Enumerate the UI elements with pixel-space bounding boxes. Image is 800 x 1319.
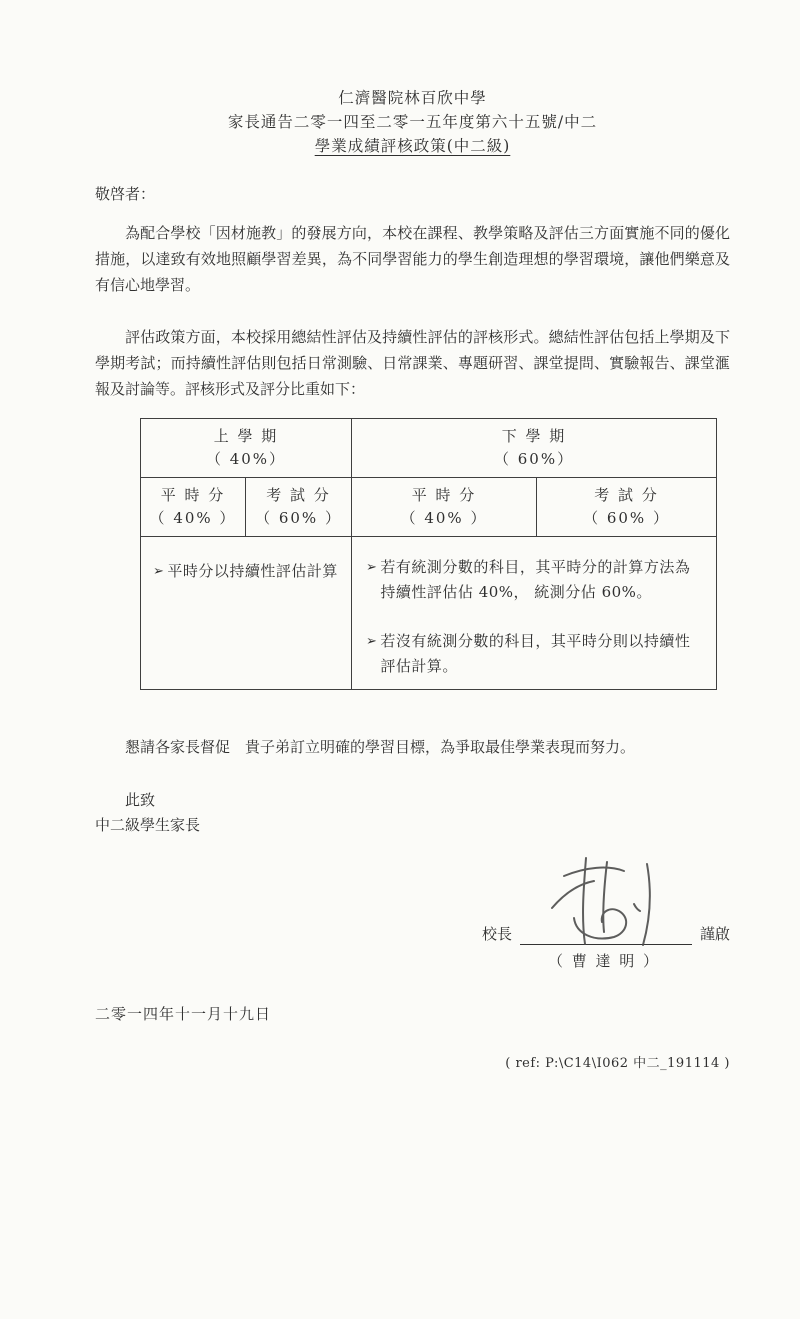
note-item: ➢ 若有統測分數的科目，其平時分的計算方法為持續性評估佔 40%， 統測分佔 6… [366, 555, 704, 605]
cell-term-first: 上 學 期 （ 40%） [141, 419, 352, 478]
cell-note-first-term: ➢ 平時分以持續性評估計算 [141, 537, 352, 690]
arrow-bullet-icon: ➢ [366, 555, 377, 605]
signature-row: 校長 謹啟 [482, 922, 730, 945]
table-row-components: 平 時 分 （ 40% ） 考 試 分 （ 60% ） 平 時 分 （ 40% … [141, 478, 717, 537]
principal-name: （ 曹 達 明 ） [518, 950, 690, 971]
cell-first-daily: 平 時 分 （ 40% ） [141, 478, 246, 537]
first-exam-label: 考 試 分 [246, 484, 351, 507]
arrow-bullet-icon: ➢ [153, 559, 164, 584]
term-second-weight: （ 60%） [352, 448, 716, 471]
table-row-notes: ➢ 平時分以持續性評估計算 ➢ 若有統測分數的科目，其平時分的計算方法為持續性評… [141, 537, 717, 690]
paragraph-intro: 為配合學校「因材施教」的發展方向，本校在課程、教學策略及評估三方面實施不同的優化… [95, 220, 730, 298]
notice-date: 二零一四年十一月十九日 [95, 1002, 730, 1026]
second-daily-label: 平 時 分 [352, 484, 536, 507]
cell-second-exam: 考 試 分 （ 60% ） [537, 478, 717, 537]
notice-page: 仁濟醫院林百欣中學 家長通告二零一四至二零一五年度第六十五號/中二 學業成績評核… [0, 0, 800, 1319]
table-row-terms: 上 學 期 （ 40%） 下 學 期 （ 60%） [141, 419, 717, 478]
recipients: 中二級學生家長 [95, 813, 730, 838]
notice-number: 家長通告二零一四至二零一五年度第六十五號/中二 [95, 110, 730, 134]
closing-paragraph: 懇請各家長督促 貴子弟訂立明確的學習目標，為爭取最佳學業表現而努力。 [95, 734, 730, 760]
cell-term-second: 下 學 期 （ 60%） [352, 419, 717, 478]
first-exam-weight: （ 60% ） [246, 507, 351, 530]
school-name: 仁濟醫院林百欣中學 [95, 86, 730, 110]
note-first-text: 平時分以持續性評估計算 [167, 559, 338, 584]
address-to: 此致 [95, 788, 730, 813]
note-item: ➢ 若沒有統測分數的科目，其平時分則以持續性評估計算。 [366, 629, 704, 679]
cell-first-exam: 考 試 分 （ 60% ） [246, 478, 352, 537]
note-second-text-2: 若沒有統測分數的科目，其平時分則以持續性評估計算。 [380, 629, 704, 679]
salutation: 敬啓者： [95, 182, 730, 206]
notice-header: 仁濟醫院林百欣中學 家長通告二零一四至二零一五年度第六十五號/中二 學業成績評核… [95, 86, 730, 158]
signature-line [520, 922, 692, 945]
note-item: ➢ 平時分以持續性評估計算 [153, 559, 343, 584]
note-second-text-1: 若有統測分數的科目，其平時分的計算方法為持續性評估佔 40%， 統測分佔 60%… [380, 555, 704, 605]
signature-block: 校長 謹啟 （ 曹 達 明 ） [95, 866, 730, 986]
second-daily-weight: （ 40% ） [352, 507, 536, 530]
cell-note-second-term: ➢ 若有統測分數的科目，其平時分的計算方法為持續性評估佔 40%， 統測分佔 6… [352, 537, 717, 690]
principal-role-label: 校長 [482, 923, 512, 945]
respect-label: 謹啟 [700, 923, 730, 945]
assessment-table: 上 學 期 （ 40%） 下 學 期 （ 60%） 平 時 分 （ 40% ） … [140, 418, 717, 690]
first-daily-weight: （ 40% ） [141, 507, 245, 530]
term-first-weight: （ 40%） [141, 448, 351, 471]
second-exam-label: 考 試 分 [537, 484, 716, 507]
file-reference: ( ref: P:\C14\I062 中二_191114 ) [95, 1052, 730, 1071]
first-daily-label: 平 時 分 [141, 484, 245, 507]
arrow-bullet-icon: ➢ [366, 629, 377, 679]
second-exam-weight: （ 60% ） [537, 507, 716, 530]
paragraph-policy: 評估政策方面，本校採用總結性評估及持續性評估的評核形式。總結性評估包括上學期及下… [95, 324, 730, 402]
notice-title: 學業成績評核政策(中二級) [95, 134, 730, 158]
principal-signature-icon [534, 854, 684, 954]
term-second-label: 下 學 期 [352, 425, 716, 448]
cell-second-daily: 平 時 分 （ 40% ） [352, 478, 537, 537]
term-first-label: 上 學 期 [141, 425, 351, 448]
